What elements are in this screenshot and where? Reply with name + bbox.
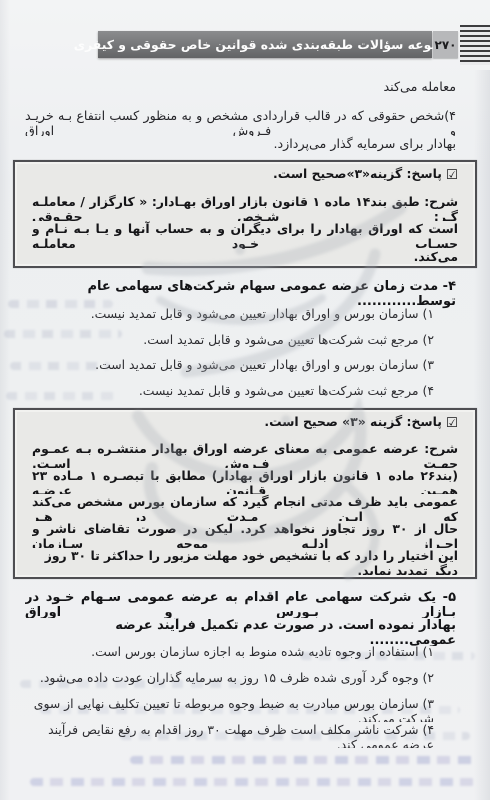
- checked-checkbox-icon: ☑: [446, 167, 458, 183]
- explanation-line: (بند۲۶ ماده ۱ قانون بازار اوراق بهادار) …: [32, 468, 458, 495]
- option-3: ۳) سازمان بورس مبادرت به ضبط وجوه مربوطه…: [25, 696, 434, 722]
- question-4-options: ۱) سازمان بورس و اوراق بهادار تعیین می‌ش…: [25, 306, 434, 408]
- scanned-book-page: مجموعه سؤالات طبقه‌بندی شده قوانین خاص ح…: [0, 0, 490, 800]
- option-1: ۱) سازمان بورس و اوراق بهادار تعیین می‌ش…: [25, 306, 434, 332]
- question-5-options: ۱) استفاده از وجوه تادیه شده منوط به اجا…: [25, 644, 434, 748]
- explanation-line: حال از ۳۰ روز تجاوز نخواهد کرد. لیکن در …: [32, 521, 458, 548]
- option-4: ۴) شرکت ناشر مکلف است ظرف مهلت ۳۰ روز اق…: [25, 722, 434, 748]
- answer-verdict-text: پاسخ: گزینه «۳» صحیح است.: [264, 414, 442, 429]
- explanation-line: این اختیار را دارد که با تشخیص خود مهلت …: [32, 548, 458, 575]
- explanation-line: عمومی باید ظرف مدتی انجام گیرد که سازمان…: [32, 494, 458, 521]
- text-line: معامله می‌کند: [25, 79, 456, 108]
- explanation-line: است که اوراق بهادار را برای دیگران و به …: [32, 221, 458, 249]
- intro-paragraph: معامله می‌کند ۴)شخص حقوقی که در قالب قرا…: [25, 79, 456, 165]
- option-4: ۴) مرجع ثبت شرکت‌ها تعیین می‌شود و قابل …: [25, 383, 434, 409]
- answer-verdict-line: ☑پاسخ: گزینه«۳»صحیح است.: [32, 166, 458, 194]
- option-2: ۲) وجوه گرد آوری شده ظرف ۱۵ روز به سرمای…: [25, 670, 434, 696]
- option-3: ۳) سازمان بورس و اوراق بهادار تعیین می‌ش…: [25, 357, 434, 383]
- text-line: ۴)شخص حقوقی که در قالب قراردادی مشخص و ب…: [25, 108, 456, 137]
- question-5-title: ۵- یک شرکت سهامی عام اقدام به عرضه عمومی…: [25, 590, 456, 646]
- checked-checkbox-icon: ☑: [446, 415, 458, 431]
- question-5-title-line: ۵- یک شرکت سهامی عام اقدام به عرضه عمومی…: [25, 590, 456, 618]
- answer-verdict-line: ☑پاسخ: گزینه «۳» صحیح است.: [32, 414, 458, 441]
- explanation-line: می‌کند.: [32, 249, 458, 277]
- option-1: ۱) استفاده از وجوه تادیه شده منوط به اجا…: [25, 644, 434, 670]
- answer-box-2: ☑پاسخ: گزینه «۳» صحیح است. شرح: عرضه عمو…: [13, 408, 477, 579]
- answer-verdict-text: پاسخ: گزینه«۳»صحیح است.: [273, 166, 442, 181]
- question-4-title: ۴- مدت زمان عرضه عمومی سهام شرکت‌های سها…: [25, 279, 456, 309]
- explanation-line: شرح: طبق بند۱۴ ماده ۱ قانون بازار اوراق …: [32, 194, 458, 222]
- answer-box-1: ☑پاسخ: گزینه«۳»صحیح است. شرح: طبق بند۱۴ …: [13, 160, 477, 268]
- explanation-line: شرح: عرضه عمومی به معنای عرضه اوراق بهاد…: [32, 441, 458, 468]
- option-2: ۲) مرجع ثبت شرکت‌ها تعیین می‌شود و قابل …: [25, 332, 434, 358]
- question-5-title-line: بهادار نموده است. در صورت عدم تکمیل فرآی…: [25, 618, 456, 646]
- page-content: معامله می‌کند ۴)شخص حقوقی که در قالب قرا…: [0, 0, 490, 800]
